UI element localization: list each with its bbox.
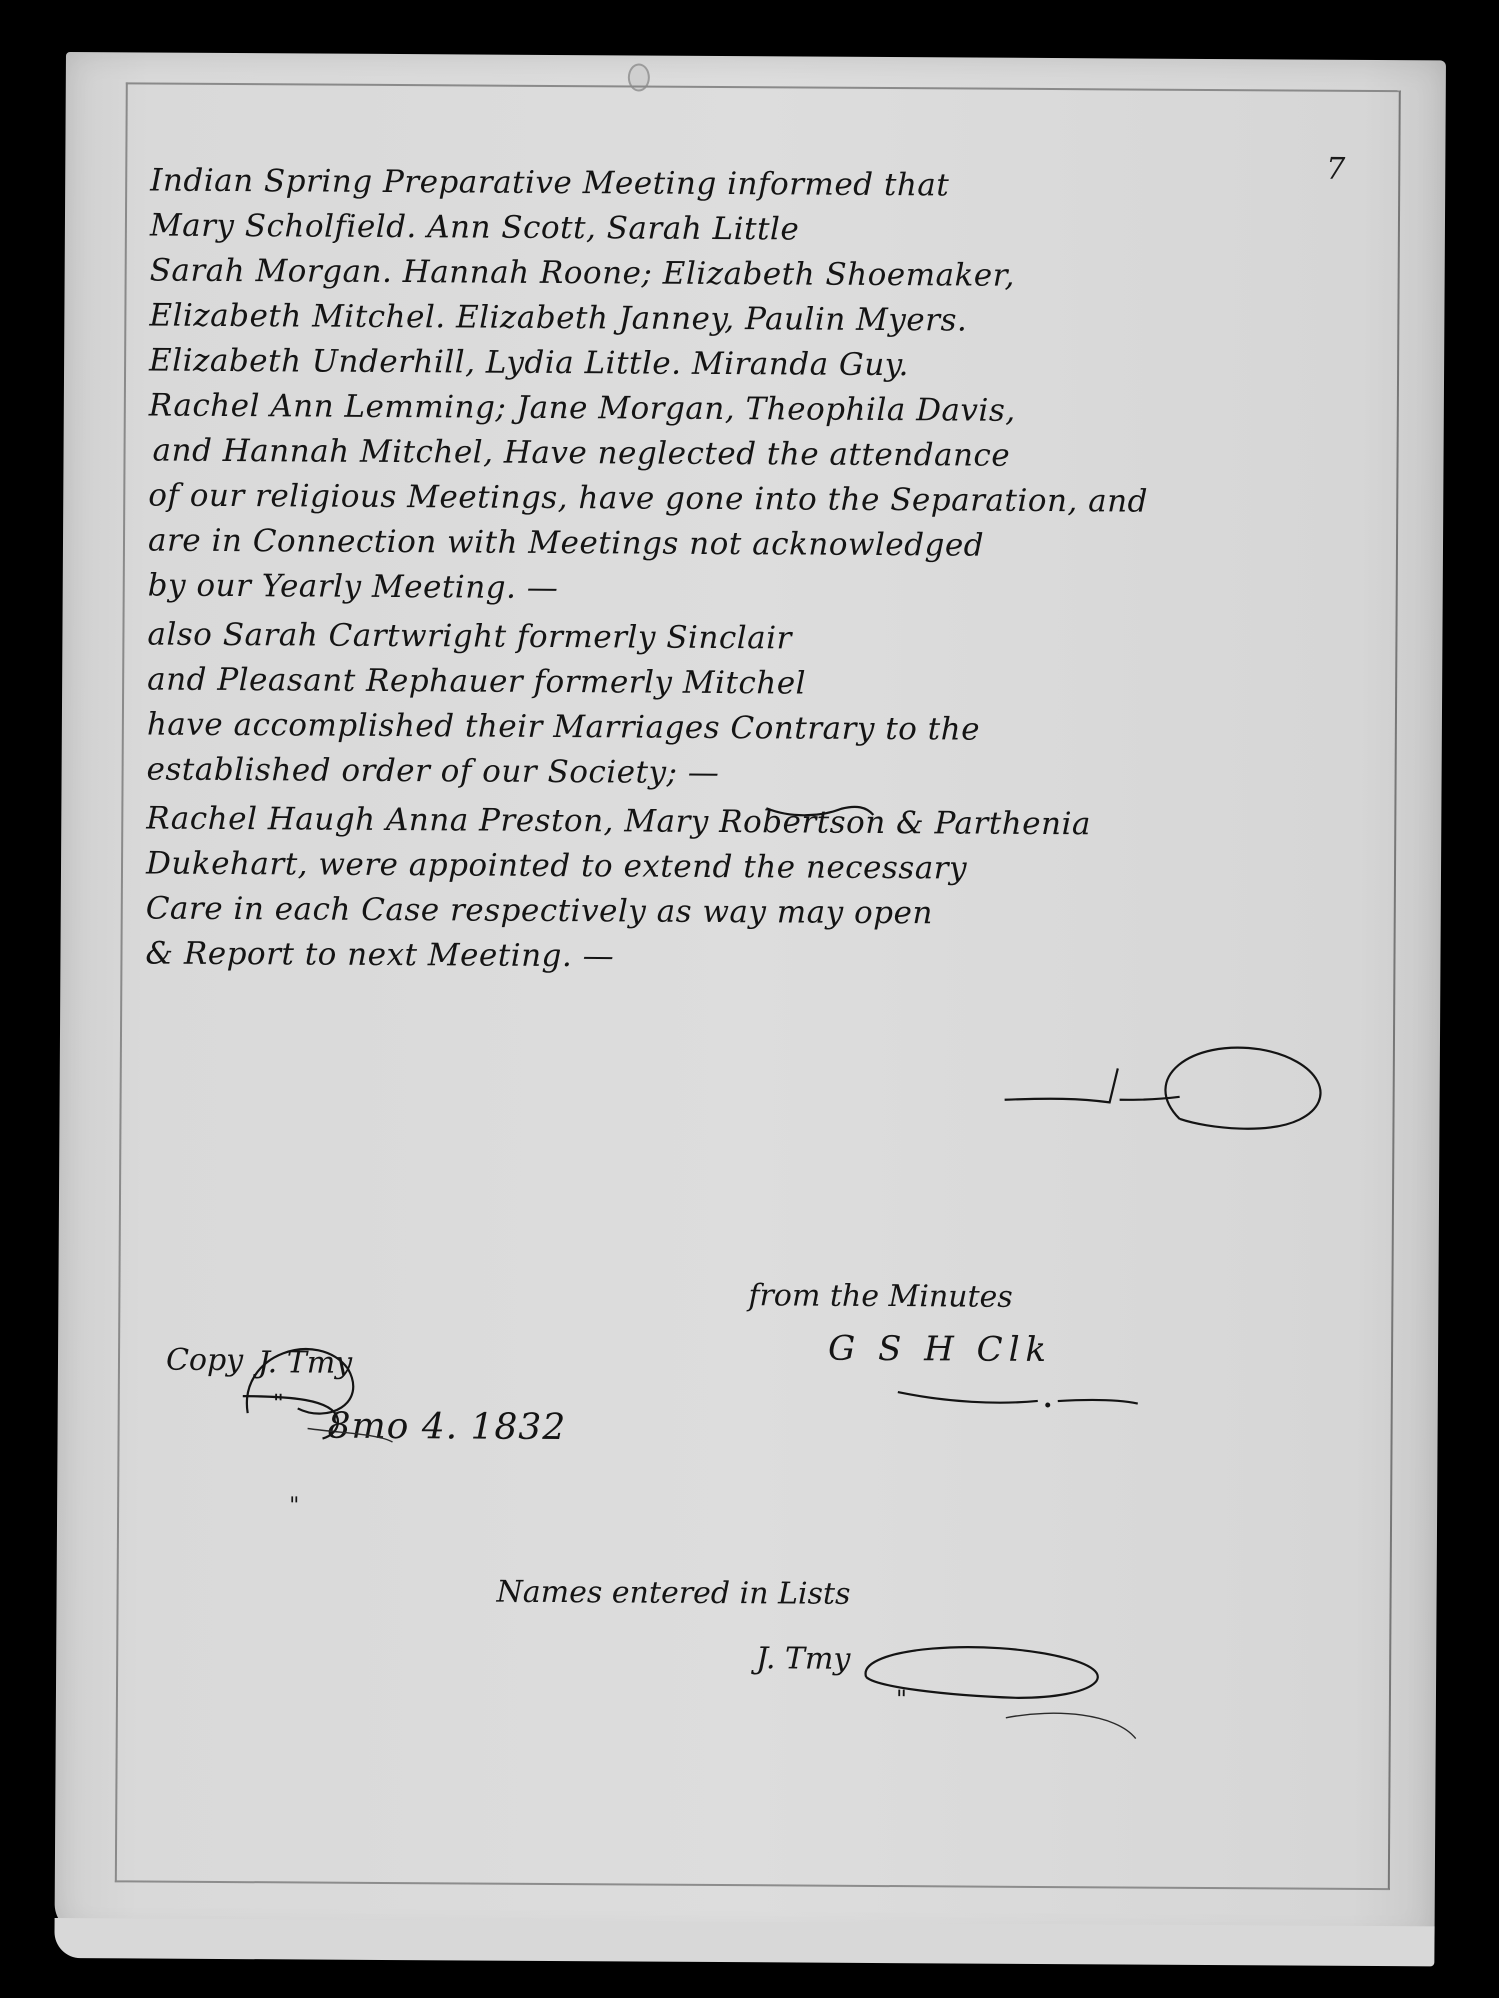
ditto-mark: " — [273, 1389, 284, 1417]
copy-initials-signature: J. Tmy — [258, 1345, 352, 1381]
from-minutes-note: from the Minutes — [748, 1278, 1013, 1315]
copy-label: Copy — [166, 1343, 243, 1378]
entry-initials-signature: J. Tmy — [756, 1641, 850, 1677]
flourish-society-loop-icon — [1119, 1038, 1350, 1159]
paper-sheet: 7 Indian Spring Preparative Meeting info… — [55, 52, 1446, 1942]
flourish-entry-loop-icon — [846, 1627, 1147, 1749]
clerk-signature: G S H Clk — [828, 1329, 1052, 1370]
ditto-mark: " — [896, 1685, 907, 1713]
flourish-clerk-underline-icon — [888, 1382, 1148, 1424]
document-date: 8mo 4. 1832 — [327, 1406, 566, 1448]
names-entered-note: Names entered in Lists — [496, 1575, 850, 1612]
ditto-mark: " — [289, 1493, 299, 1518]
closing-section: from the Minutes G S H Clk Copy J. Tmy "… — [55, 52, 1446, 1942]
flourish-society-dash-icon — [999, 1058, 1129, 1139]
flourish-yearly-dash-icon — [761, 796, 881, 827]
scanned-document: 7 Indian Spring Preparative Meeting info… — [0, 0, 1499, 1998]
